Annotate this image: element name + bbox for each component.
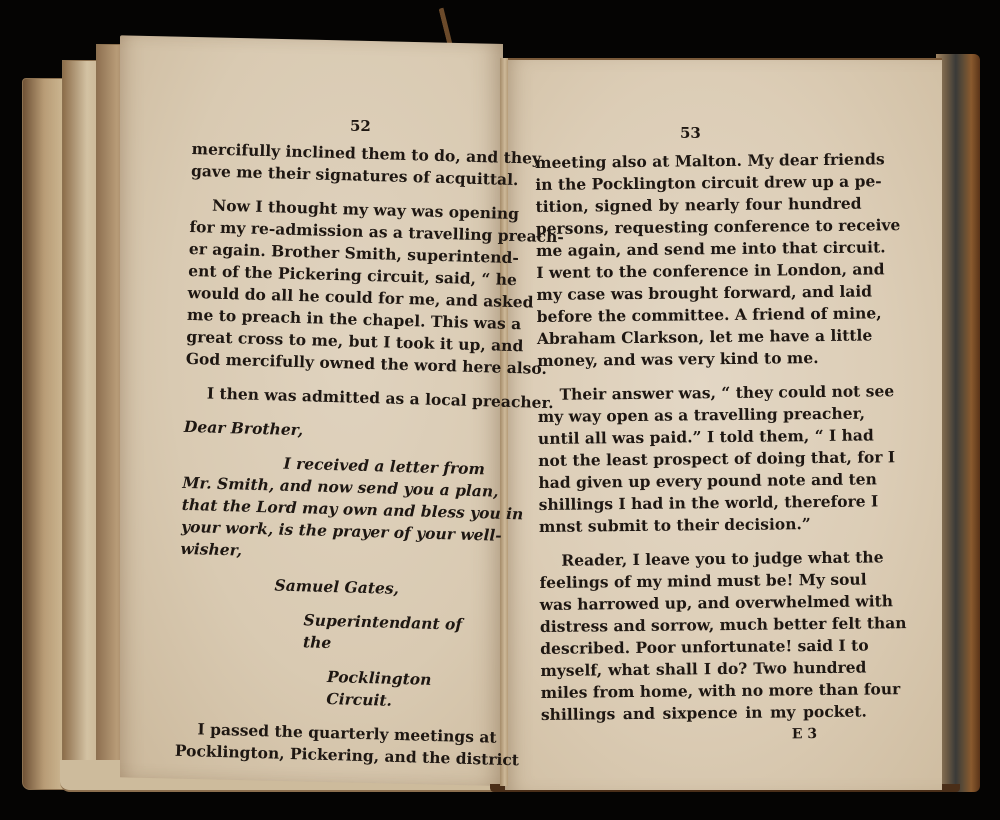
photo-open-book: 52 mercifully inclined them to do, and t…	[0, 0, 1000, 820]
paragraph: Reader, I leave you to judge what the fe…	[539, 547, 867, 726]
book-gutter	[500, 58, 508, 786]
paragraph: I passed the quarterly meetings at Pockl…	[175, 718, 478, 770]
paragraph: Their answer was, “ they could not see m…	[537, 381, 865, 538]
letter-body: I received a letter from Mr. Smith, and …	[180, 450, 485, 568]
text-line: money, and was very kind to me.	[537, 347, 863, 372]
text-line: shillings and sixpence in my pocket.	[541, 701, 867, 726]
right-page-text: meeting also at Malton. My dear friends …	[535, 149, 867, 748]
text-line: shillings I had in the world, therefore …	[539, 491, 865, 516]
paragraph: Now I thought my way was opening for my …	[186, 194, 493, 378]
signature-mark: E 3	[541, 723, 867, 748]
left-page-text: mercifully inclined them to do, and they…	[175, 138, 494, 770]
right-page-number: 53	[680, 124, 701, 142]
paragraph: meeting also at Malton. My dear friends …	[535, 149, 863, 372]
paragraph: mercifully inclined them to do, and they…	[191, 138, 494, 190]
right-page-edges-cover	[936, 54, 980, 792]
left-page-number: 52	[350, 117, 371, 135]
